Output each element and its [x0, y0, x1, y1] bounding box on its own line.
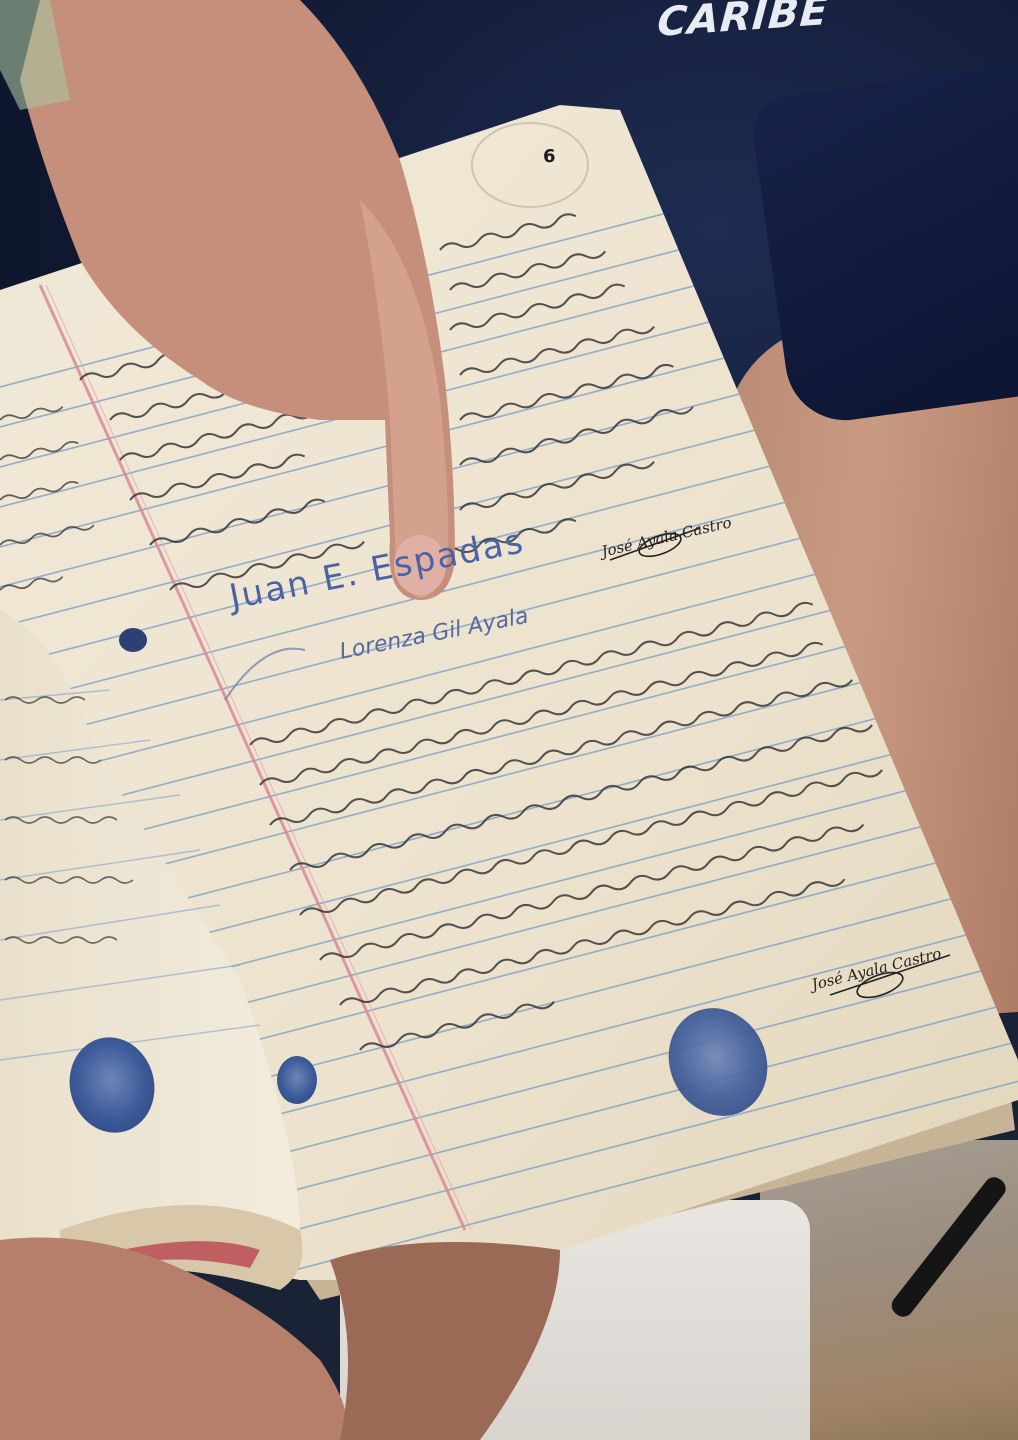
- ink-dot: [119, 628, 147, 652]
- ledger-book: [0, 0, 1018, 1440]
- holding-forearm: [330, 1242, 560, 1440]
- page-number: 6: [543, 146, 556, 167]
- fingerprint-small: [277, 1056, 317, 1104]
- photo-scene: CARIBE: [0, 0, 1018, 1440]
